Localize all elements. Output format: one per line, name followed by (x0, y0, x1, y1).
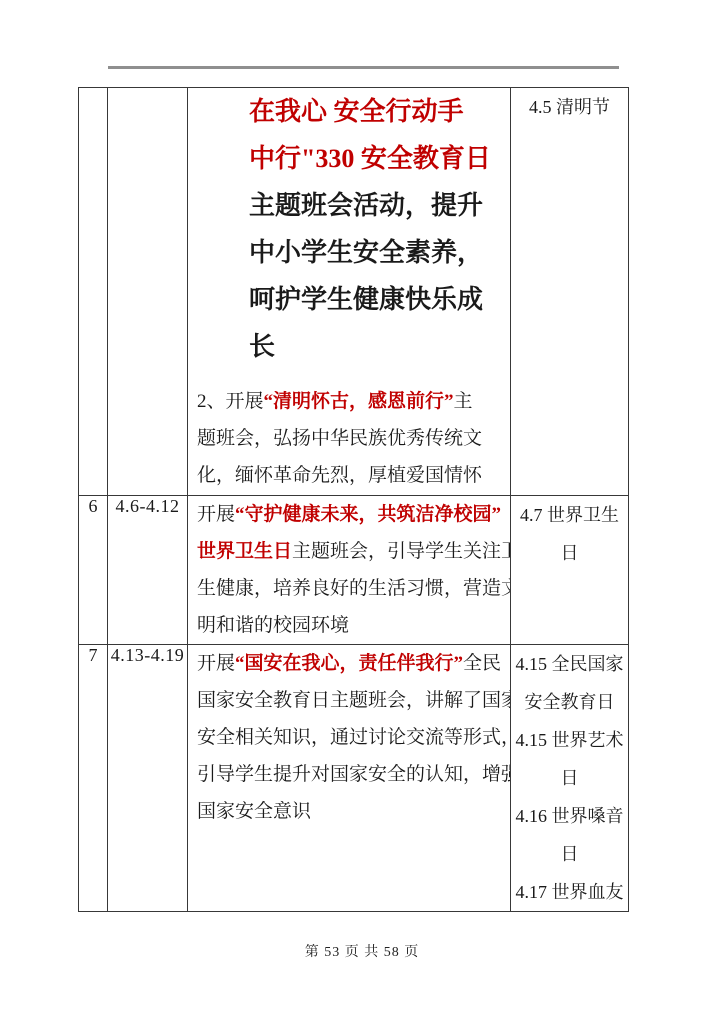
text-line: 日 (511, 534, 628, 572)
text-segment: 日 (561, 844, 579, 864)
cell-activity: 开展“国安在我心，责任伴我行”全民国家安全教育日主题班会，讲解了国家安全相关知识… (188, 645, 511, 912)
text-line: 日 (511, 759, 628, 797)
text-segment: “清明怀古，感恩前行” (264, 391, 454, 412)
text-segment: 在我心 安全行动手 (249, 97, 464, 126)
observance-days-lines: 4.7 世界卫生日 (511, 496, 628, 572)
text-line: 开展“国安在我心，责任伴我行”全民 (197, 645, 505, 682)
text-segment: 日 (561, 543, 579, 563)
text-segment: 化，缅怀革命先烈，厚植爱国情怀 (197, 465, 482, 486)
table-row-7: 7 4.13-4.19 开展“国安在我心，责任伴我行”全民国家安全教育日主题班会… (79, 645, 629, 912)
text-line: 在我心 安全行动手 (249, 88, 505, 135)
observance-days-lines: 4.15 全民国家安全教育日4.15 世界艺术日4.16 世界嗓音日4.17 世… (511, 645, 628, 911)
cell-row-number: 6 (79, 496, 108, 645)
text-segment: 国家安全教育日主题班会，讲解了国家 (197, 690, 511, 711)
text-segment: 4.16 世界嗓音 (516, 806, 624, 826)
text-segment: 开展 (197, 504, 235, 525)
document-page: 在我心 安全行动手中行"330 安全教育日主题班会活动，提升中小学生安全素养，呵… (0, 0, 724, 1024)
cell-observance-days: 4.7 世界卫生日 (511, 496, 629, 645)
cell-date-range: 4.13-4.19 (108, 645, 188, 912)
table-row-6: 6 4.6-4.12 开展“守护健康未来，共筑洁净校园”世界卫生日主题班会，引导… (79, 496, 629, 645)
cell-date-range (108, 88, 188, 496)
cell-activity: 在我心 安全行动手中行"330 安全教育日主题班会活动，提升中小学生安全素养，呵… (188, 88, 511, 496)
text-line: 明和谐的校园环境 (197, 607, 505, 644)
text-segment: 中小学生安全素养， (249, 238, 483, 267)
text-line: 2、开展“清明怀古，感恩前行”主 (197, 383, 505, 420)
activity-body-lines: 开展“守护健康未来，共筑洁净校园”世界卫生日主题班会，引导学生关注卫生健康，培养… (197, 496, 505, 644)
cell-row-number: 7 (79, 645, 108, 912)
activity-body-lines: 开展“国安在我心，责任伴我行”全民国家安全教育日主题班会，讲解了国家安全相关知识… (197, 645, 505, 830)
text-segment: 呵护学生健康快乐成 (249, 285, 483, 314)
text-segment: 题班会，弘扬中华民族优秀传统文 (197, 428, 482, 449)
cell-observance-days: 4.15 全民国家安全教育日4.15 世界艺术日4.16 世界嗓音日4.17 世… (511, 645, 629, 912)
text-line: 4.17 世界血友 (511, 873, 628, 911)
page-number: 第 53 页 共 58 页 (0, 941, 724, 961)
text-line: 呵护学生健康快乐成 (249, 276, 505, 323)
text-line: 日 (511, 835, 628, 873)
text-segment: “守护健康未来，共筑洁净校园” (235, 504, 501, 525)
text-line: 4.16 世界嗓音 (511, 797, 628, 835)
text-line: 4.7 世界卫生 (511, 496, 628, 534)
text-segment: 中行"330 安全教育日 (249, 144, 491, 173)
cell-row-number (79, 88, 108, 496)
text-line: 长 (249, 323, 505, 370)
text-line: 题班会，弘扬中华民族优秀传统文 (197, 420, 505, 457)
text-line: 国家安全意识 (197, 793, 505, 830)
text-line: 化，缅怀革命先烈，厚植爱国情怀 (197, 457, 505, 494)
text-line: 世界卫生日主题班会，引导学生关注卫 (197, 533, 505, 570)
text-segment: 主题班会活动，提升 (249, 191, 483, 220)
text-line: 主题班会活动，提升 (249, 182, 505, 229)
text-segment: “国安在我心，责任伴我行” (235, 653, 463, 674)
text-line: 4.15 全民国家 (511, 645, 628, 683)
text-segment: 国家安全意识 (197, 801, 311, 822)
text-segment: 4.15 世界艺术 (516, 730, 624, 750)
observance-days-lines: 4.5 清明节 (511, 88, 628, 126)
text-line: 引导学生提升对国家安全的认知，增强 (197, 756, 505, 793)
text-segment: 世界卫生日 (197, 541, 292, 562)
table-row-continued: 在我心 安全行动手中行"330 安全教育日主题班会活动，提升中小学生安全素养，呵… (79, 88, 629, 496)
activity-body-lines: 2、开展“清明怀古，感恩前行”主题班会，弘扬中华民族优秀传统文化，缅怀革命先烈，… (197, 383, 505, 494)
text-segment: 4.15 全民国家 (516, 654, 624, 674)
text-segment: 主 (454, 391, 473, 412)
text-line: 中行"330 安全教育日 (249, 135, 505, 182)
text-segment: 引导学生提升对国家安全的认知，增强 (197, 764, 511, 785)
text-line: 中小学生安全素养， (249, 229, 505, 276)
text-segment: 主题班会，引导学生关注卫 (292, 541, 510, 562)
activity-headline-lines: 在我心 安全行动手中行"330 安全教育日主题班会活动，提升中小学生安全素养，呵… (249, 88, 505, 370)
text-line: 国家安全教育日主题班会，讲解了国家 (197, 682, 505, 719)
cell-activity: 开展“守护健康未来，共筑洁净校园”世界卫生日主题班会，引导学生关注卫生健康，培养… (188, 496, 511, 645)
text-segment: 安全教育日 (525, 692, 615, 712)
text-line: 开展“守护健康未来，共筑洁净校园” (197, 496, 505, 533)
text-line: 4.15 世界艺术 (511, 721, 628, 759)
header-rule (108, 66, 619, 69)
text-segment: 日 (561, 768, 579, 788)
paragraph-gap (197, 370, 505, 383)
cell-date-range: 4.6-4.12 (108, 496, 188, 645)
text-line: 安全教育日 (511, 683, 628, 721)
text-line: 生健康，培养良好的生活习惯，营造文 (197, 570, 505, 607)
text-segment: 明和谐的校园环境 (197, 615, 349, 636)
text-segment: 4.17 世界血友 (516, 882, 624, 902)
text-segment: 生健康，培养良好的生活习惯，营造文 (197, 578, 511, 599)
text-segment: 安全相关知识，通过讨论交流等形式， (197, 727, 511, 748)
text-line: 安全相关知识，通过讨论交流等形式， (197, 719, 505, 756)
cell-observance-days: 4.5 清明节 (511, 88, 629, 496)
text-segment: 2、开展 (197, 391, 264, 412)
schedule-table: 在我心 安全行动手中行"330 安全教育日主题班会活动，提升中小学生安全素养，呵… (78, 87, 629, 912)
text-segment: 长 (249, 332, 275, 361)
text-segment: 全民 (463, 653, 501, 674)
text-segment: 开展 (197, 653, 235, 674)
text-segment: 4.7 世界卫生 (520, 505, 619, 525)
text-segment: 4.5 清明节 (529, 97, 610, 117)
text-line: 4.5 清明节 (511, 88, 628, 126)
